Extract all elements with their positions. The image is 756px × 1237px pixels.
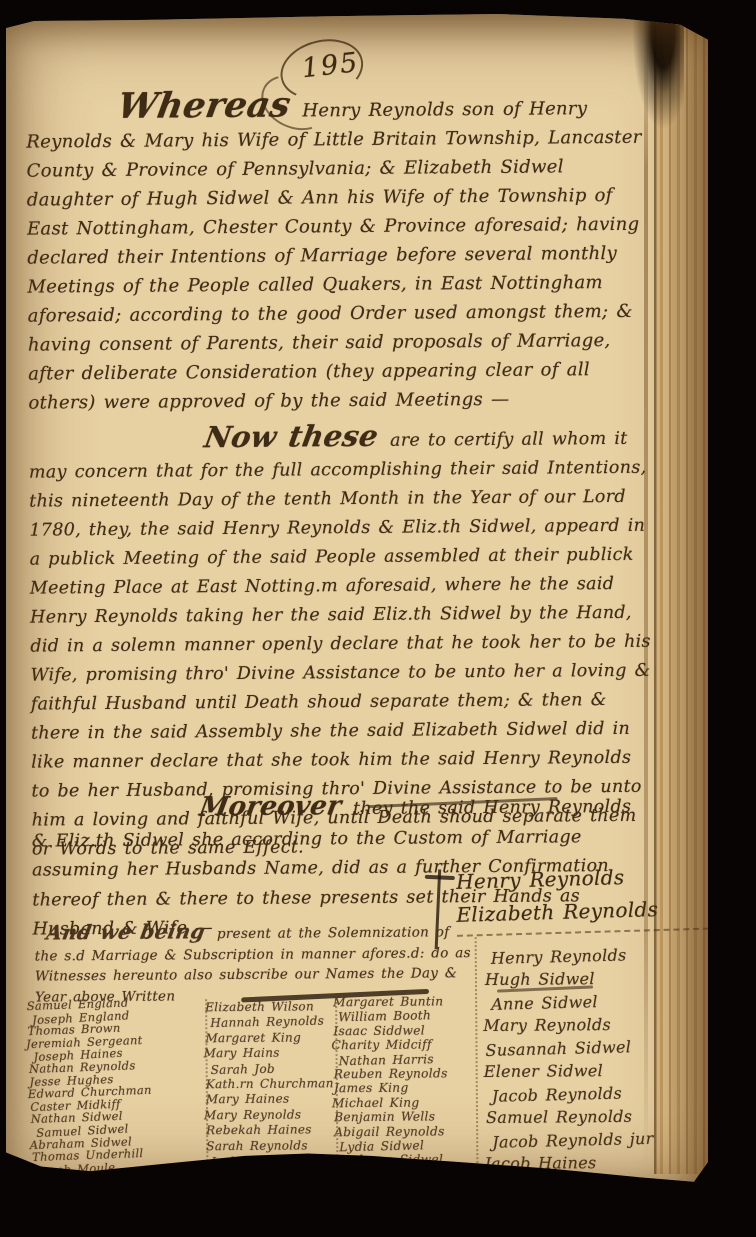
witness-signature: Hugh Glasgow: [204, 1169, 332, 1185]
witness-signature: Prudence Sidwel: [332, 1153, 480, 1169]
witness-column-3: Margaret BuntinWilliam BoothIsaac Siddwe…: [333, 994, 482, 1184]
witness-signature: Reuben Reynolds: [334, 1066, 482, 1082]
witness-signature: Benjamin Wells: [334, 1109, 482, 1125]
witness-signature: Rebekah Haines: [206, 1122, 334, 1138]
witness-clause-lead-word: And we being: [39, 921, 207, 943]
witness-signature: Michael King: [332, 1095, 480, 1111]
witness-signature: Mary Hains: [203, 1045, 331, 1061]
witness-signature-columns: Samuel EnglandJoseph EnglandThomas Brown…: [29, 994, 482, 1186]
witness-signature: James King: [334, 1080, 482, 1096]
witness-signature: Lyd.a Haines: [211, 1152, 339, 1170]
family-signature: Jacob Haines: [484, 1150, 708, 1175]
couple-signatures: Henry ReynoldsElizabeth Reynolds: [456, 861, 709, 934]
witness-signature: Susanna Sergent: [334, 1167, 482, 1183]
witness-signature: Mary Haines: [206, 1092, 334, 1108]
witness-signature: Kath.rn Churchman: [206, 1076, 334, 1092]
witness-signature: Charity Midciff: [331, 1037, 479, 1053]
witness-signature: Sarah Job: [211, 1060, 339, 1078]
witness-signature: Margaret King: [205, 1030, 333, 1046]
opening-paragraph: WhereasHenry Reynolds son of Henry Reyno…: [26, 88, 649, 418]
handwritten-content: 195 WhereasHenry Reynolds son of Henry R…: [1, 11, 712, 1192]
witness-column-1: Samuel EnglandJoseph EnglandThomas Brown…: [27, 994, 210, 1189]
family-signature-column: Henry ReynoldsHugh SidwelAnne SidwelMary…: [483, 943, 709, 1175]
witness-column-2: Elizabeth WilsonHannah ReynoldsMargaret …: [205, 995, 334, 1185]
couple-signature: Elizabeth Reynolds: [456, 892, 709, 937]
opening-text: Henry Reynolds son of Henry Reynolds & M…: [26, 98, 641, 413]
witness-signature: Isaac Siddwel: [333, 1023, 481, 1039]
witness-signature: Nathan Harris: [338, 1051, 486, 1069]
opening-lead-word: Whereas: [70, 90, 293, 121]
witness-signature: Mary Reynolds: [204, 1107, 332, 1123]
manuscript-page: 195 WhereasHenry Reynolds son of Henry R…: [6, 14, 708, 1190]
scanned-book-photo: 195 WhereasHenry Reynolds son of Henry R…: [0, 0, 756, 1237]
witness-signature: Jacob Haines: [33, 1170, 209, 1189]
confirmation-lead-word: Moreover: [113, 792, 343, 823]
certification-lead-word: Now these: [114, 422, 380, 453]
page-number: 195: [300, 47, 361, 84]
